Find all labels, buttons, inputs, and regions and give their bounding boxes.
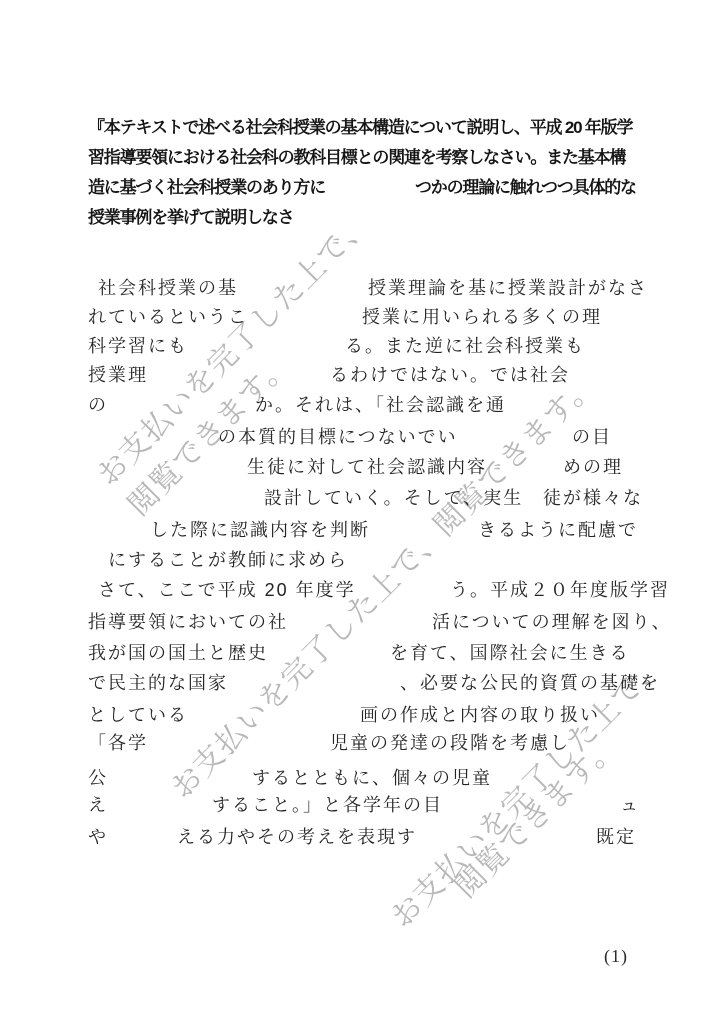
body-text-fragment: の目	[572, 427, 612, 448]
body-text-fragment: した際に認識内容を判断	[150, 520, 370, 541]
body-text-fragment: 画の作成と内容の取り扱い	[360, 705, 600, 726]
body-text-fragment: 生徒に対して社会認識内容	[247, 457, 487, 478]
body-text-fragment: や	[88, 827, 108, 848]
body-text-fragment: ュ	[620, 795, 640, 816]
intro-text-fragment: つかの理論に触れつつ具体的な	[415, 178, 636, 198]
body-text-fragment: う。平成２０年度版学習	[450, 580, 670, 601]
payment-watermark-text: 閲覧できます。	[450, 731, 623, 904]
body-text-fragment: すること。」と各学年の目	[212, 795, 443, 816]
page-number: (1)	[604, 946, 628, 967]
body-text-fragment: 徒が様々な	[543, 488, 643, 509]
body-text-fragment: めの理	[563, 457, 623, 478]
document-page: お支払いを完了した上で、閲覧できます。お支払いを完了した上で、閲覧できます。お支…	[0, 0, 724, 1024]
intro-text-fragment: 習指導要領における社会科の教科目標との関連を考察しなさい。また基本構	[88, 148, 625, 168]
body-text-fragment: 「各学	[88, 733, 148, 754]
body-text-fragment: の	[88, 395, 108, 416]
body-text-fragment: か。それは、「社会認識を通	[255, 395, 506, 416]
body-text-fragment: きるように配慮で	[478, 520, 638, 541]
body-text-fragment: え	[88, 795, 108, 816]
body-text-fragment: れているというこ	[88, 307, 248, 328]
body-text-fragment: 授業に用いられる多くの理	[362, 307, 602, 328]
body-text-fragment: 指導要領においての社	[88, 612, 288, 633]
body-text-fragment: る。また逆に社会科授業も	[345, 336, 585, 357]
body-text-fragment: 児童の発達の段階を考慮し	[330, 733, 570, 754]
body-text-fragment: で民主的な国家	[88, 673, 228, 694]
body-text-fragment: にすることが教師に求めら	[108, 550, 348, 571]
body-text-fragment: さて、ここで平成 20 年度学	[98, 580, 356, 601]
body-text-fragment: を育て、国際社会に生きる	[390, 643, 630, 664]
body-text-fragment: 設計していく。そして、実生	[264, 488, 523, 509]
body-text-fragment: 我が国の国土と歴史	[88, 643, 268, 664]
body-text-fragment: える力やその考えを表現す	[177, 827, 417, 848]
intro-text-fragment: 授業事例を挙げて説明しなさ	[88, 208, 293, 228]
body-text-fragment: 活についての理解を図り、	[432, 612, 672, 633]
body-text-fragment: するとともに、個々の児童	[252, 768, 492, 789]
body-text-fragment: 、必要な公民的資質の基礎を	[400, 673, 660, 694]
body-text-fragment: 科学習にも	[88, 336, 188, 357]
body-text-fragment: としている	[88, 705, 188, 726]
body-text-fragment: の本質的目標につないでい	[218, 427, 458, 448]
body-text-fragment: 既定	[596, 827, 636, 848]
body-text-fragment: 授業理論を基に授業設計がなさ	[368, 278, 648, 299]
body-text-fragment: 社会科授業の基	[98, 278, 238, 299]
intro-text-fragment: 『本テキストで述べる社会科授業の基本構造について説明し、平成 20 年版学	[88, 118, 632, 138]
body-text-fragment: るわけではない。では社会	[330, 365, 570, 386]
intro-text-fragment: 造に基づく社会科授業のあり方に	[88, 178, 325, 198]
body-text-fragment: 授業理	[88, 365, 148, 386]
body-text-fragment: 公	[88, 768, 108, 789]
